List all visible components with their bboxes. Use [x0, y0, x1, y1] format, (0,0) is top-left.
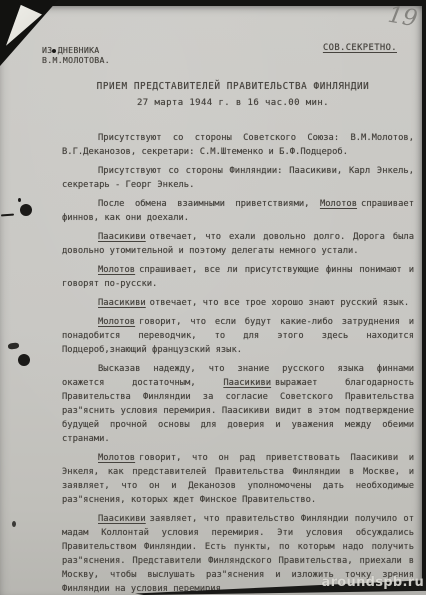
paragraph: Паасикивиотвечает, что все трое хорошо з…: [62, 296, 414, 310]
speaker-name: Молотов: [98, 317, 135, 327]
speaker-name: Молотов: [98, 265, 135, 275]
hole-punch-mark: [18, 354, 30, 366]
document-scan: 19 ИЗ ДНЕВНИКА В.М.МОЛОТОВА. СОВ.СЕКРЕТН…: [0, 0, 426, 595]
paragraph: Присутствуют со стороны Советского Союза…: [62, 131, 414, 159]
site-watermark: aroundspb.ru: [322, 575, 424, 590]
speaker-name: Паасикиви: [98, 298, 146, 308]
paragraph: Молотовговорит, что он рад приветствоват…: [62, 451, 414, 507]
paragraph: Молотовговорит, что если будут какие-либ…: [62, 315, 414, 357]
speaker-name: Молотов: [320, 199, 357, 209]
diary-source-line1: ИЗ ДНЕВНИКА: [42, 45, 110, 55]
paragraph: Паасикивиотвечает, что ехали довольно до…: [62, 230, 414, 258]
speaker-name: Паасикиви: [98, 514, 146, 524]
speaker-name: Паасикиви: [98, 232, 146, 242]
speaker-name: Паасикиви: [223, 378, 271, 388]
ink-mark: [12, 521, 16, 527]
document-body: Присутствуют со стороны Советского Союза…: [62, 131, 414, 595]
paragraph: Высказав надежду, что знание русского яз…: [62, 362, 414, 446]
speaker-name: Молотов: [98, 453, 135, 463]
paragraph-text: После обмена взаимными приветствиями,: [98, 199, 320, 209]
document-datetime: 27 марта 1944 г. в 16 час.00 мин.: [50, 98, 416, 108]
diary-source-line2: В.М.МОЛОТОВА.: [42, 55, 110, 65]
paragraph-text: Присутствуют со стороны Советского Союза…: [62, 133, 414, 157]
handwritten-page-number: 19: [386, 2, 419, 33]
paragraph: Присутствуют со стороны Финляндии: Пааси…: [62, 164, 414, 192]
document-title: ПРИЕМ ПРЕДСТАВИТЕЛЕЙ ПРАВИТЕЛЬСТВА ФИНЛЯ…: [50, 81, 416, 92]
ink-mark: [18, 198, 21, 202]
paragraph-text: Присутствуют со стороны Финляндии: Пааси…: [62, 166, 414, 190]
classification-stamp: СОВ.СЕКРЕТНО.: [323, 43, 397, 53]
hole-punch-mark: [20, 204, 32, 216]
paragraph: Молотовспрашивает, все ли присутствующие…: [62, 263, 414, 291]
paragraph-text: отвечает, что все трое хорошо знают русс…: [150, 298, 410, 308]
paragraph: После обмена взаимными приветствиями, Мо…: [62, 197, 414, 225]
diary-source-label: ИЗ ДНЕВНИКА В.М.МОЛОТОВА.: [42, 45, 110, 65]
